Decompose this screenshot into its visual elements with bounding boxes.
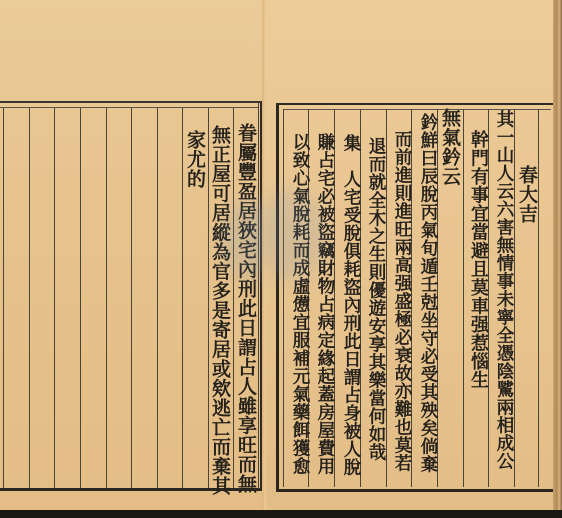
text-column-right-7: 退而就全木之生則優遊安享其樂當何如哉 — [361, 137, 385, 461]
text-column-left-3: 家尤的 — [183, 130, 207, 189]
text-column-right-1: 春大吉 — [515, 165, 539, 224]
column-rule — [3, 108, 4, 488]
column-rule — [54, 108, 55, 488]
text-column-right-3: 幹門有事宜當避且莫車强惹惱生 — [464, 130, 488, 389]
text-column-right-10: 以致心氣脫耗而成虛憊宜服補元氣藥餌獲愈 — [284, 133, 308, 475]
right-page: 春大吉 其一山人云六害無情事未寧全憑陰騭兩相成公 幹門有事宜當避且莫車强惹惱生 … — [266, 0, 553, 512]
column-rule — [80, 108, 81, 488]
left-page: 眷屬豐盈居狹宅內刑此日謂占人雖享旺而無 無正屋可居縱為官多是寄居或欸逃亡而棄其 … — [0, 0, 266, 512]
text-column-right-2: 其一山人云六害無情事未寧全憑陰騭兩相成公 — [489, 110, 513, 470]
water-stain — [256, 190, 326, 280]
column-rule — [29, 108, 30, 488]
book-page-edges — [553, 0, 562, 512]
text-column-left-1: 眷屬豐盈居狹宅內刑此日謂占人雖享旺而無 — [234, 123, 258, 494]
text-column-right-6: 而前進則進旺兩高强盛極必衰故亦難也莫若 — [386, 130, 410, 472]
left-frame-inner-top — [0, 107, 258, 108]
text-column-right-8: 集 人宅受脫俱耗盜內刑此日謂占身被人脫 — [335, 134, 359, 476]
column-rule — [106, 108, 107, 488]
text-column-left-2: 無正屋可居縱為官多是寄居或欸逃亡而棄其 — [208, 125, 232, 496]
text-column-right-9: 賺占宅必被盜竊財物占病定緣起蓋房屋費用 — [309, 133, 333, 475]
column-rule — [157, 108, 158, 488]
scan-bottom-edge — [0, 510, 562, 518]
left-frame-inner-right — [258, 103, 259, 489]
book-spread: 眷屬豐盈居狹宅內刑此日謂占人雖享旺而無 無正屋可居縱為官多是寄居或欸逃亡而棄其 … — [0, 0, 562, 518]
text-column-right-5: 鈐鮮曰辰脫丙氣旬遁壬尅坐守必受其殃矣倘棄 — [412, 113, 436, 473]
column-rule — [131, 108, 132, 488]
text-column-right-4: 無氣鈐云 — [438, 108, 462, 186]
